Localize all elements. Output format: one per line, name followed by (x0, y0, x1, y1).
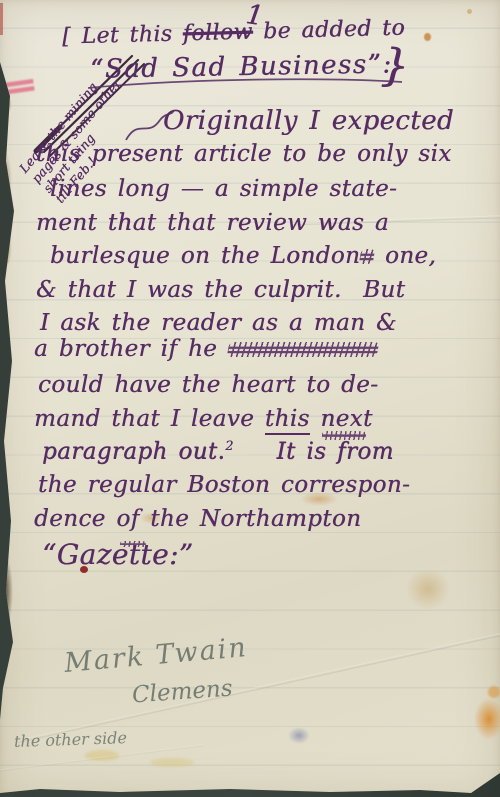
gazette-correction-blot (120, 541, 146, 547)
text-segment: ment that that review was a (36, 210, 389, 236)
text-segment: burlesque on the London (50, 243, 360, 269)
stain-left-edge-2 (0, 150, 12, 212)
manuscript-line-12: the regular Boston correspon- (38, 472, 410, 498)
manuscript-line-9: could have the heart to de- (38, 372, 378, 398)
stain-middle-right (406, 568, 450, 610)
text-segment: a brother if he (34, 336, 228, 362)
stain-left-edge-4 (0, 553, 13, 631)
manuscript-line-11: paragraph out.2 It is from (42, 438, 394, 465)
pencil-note-other-side: the other side (14, 728, 128, 751)
manuscript-line-10: mand that I leave this next (34, 406, 373, 432)
text-segment: next (310, 406, 373, 432)
manuscript-line-1: Originally I expected (163, 106, 454, 136)
text-segment: follow (182, 20, 253, 47)
text-segment: 2 (225, 438, 233, 453)
pencil-signature-mark-twain: Mark Twain (63, 632, 249, 679)
text-segment: one, (374, 243, 436, 269)
blue-ink-smudge (288, 727, 310, 744)
stain-left-edge-5 (0, 638, 8, 668)
stain-right-orange-small (488, 686, 500, 698)
manuscript-line-4: ment that that review was a (36, 210, 389, 236)
text-segment: paragraph out. (42, 439, 225, 465)
manuscript-line-5: burlesque on the London one, (50, 243, 436, 269)
closing-brace: } (380, 39, 411, 91)
stain-right-orange (474, 698, 500, 740)
manuscript-line-14: “Gazette:” (42, 538, 194, 571)
manuscript-line-7: I ask the reader as a man & (40, 310, 397, 336)
text-segment: this (265, 406, 310, 435)
stain-left-edge-1 (0, 95, 10, 113)
text-segment: this present article to be only six (36, 141, 452, 167)
manuscript-line-13: dence of the Northampton (34, 506, 361, 532)
text-segment: I ask the reader as a man & (40, 310, 397, 336)
struck-word-blot (322, 431, 366, 440)
text-segment: lines long — a simple state- (50, 176, 397, 202)
manuscript-line-6: & that I was the culprit. But (36, 277, 405, 303)
stain-bottom-crease-1 (85, 750, 119, 761)
text-segment: the regular Boston correspon- (38, 472, 410, 498)
illegible-scribble (227, 342, 380, 357)
pencil-signature-clemens: Clemens (131, 676, 233, 709)
collector-stamp (0, 76, 35, 99)
manuscript-line-2: this present article to be only six (36, 141, 452, 167)
stain-bottom-crease-2 (150, 758, 194, 767)
text-segment: “Gazette:” (42, 538, 194, 571)
text-segment: Originally I expected (163, 106, 454, 136)
stain-left-edge-3 (0, 228, 10, 266)
text-segment: & that I was the culprit. But (36, 277, 405, 303)
stain-orange-dot (424, 33, 431, 41)
text-segment: dence of the Northampton (34, 506, 361, 532)
text-segment: [ Let this (62, 21, 183, 49)
manuscript-line-3: lines long — a simple state- (50, 176, 397, 202)
heading-line-1: [ Let this follow be added to (62, 16, 406, 50)
text-segment: mand that I leave (34, 406, 265, 432)
manuscript-line-8: a brother if he (34, 336, 378, 362)
text-segment: could have the heart to de- (38, 372, 378, 398)
photo-mount: 1 [ Let this follow be added to “Sad Sad… (0, 0, 500, 797)
stain-orange-dot-small (467, 9, 472, 14)
left-edge-red-streak (0, 3, 3, 35)
manuscript-page: 1 [ Let this follow be added to “Sad Sad… (0, 0, 500, 797)
text-segment: It is from (234, 439, 394, 465)
